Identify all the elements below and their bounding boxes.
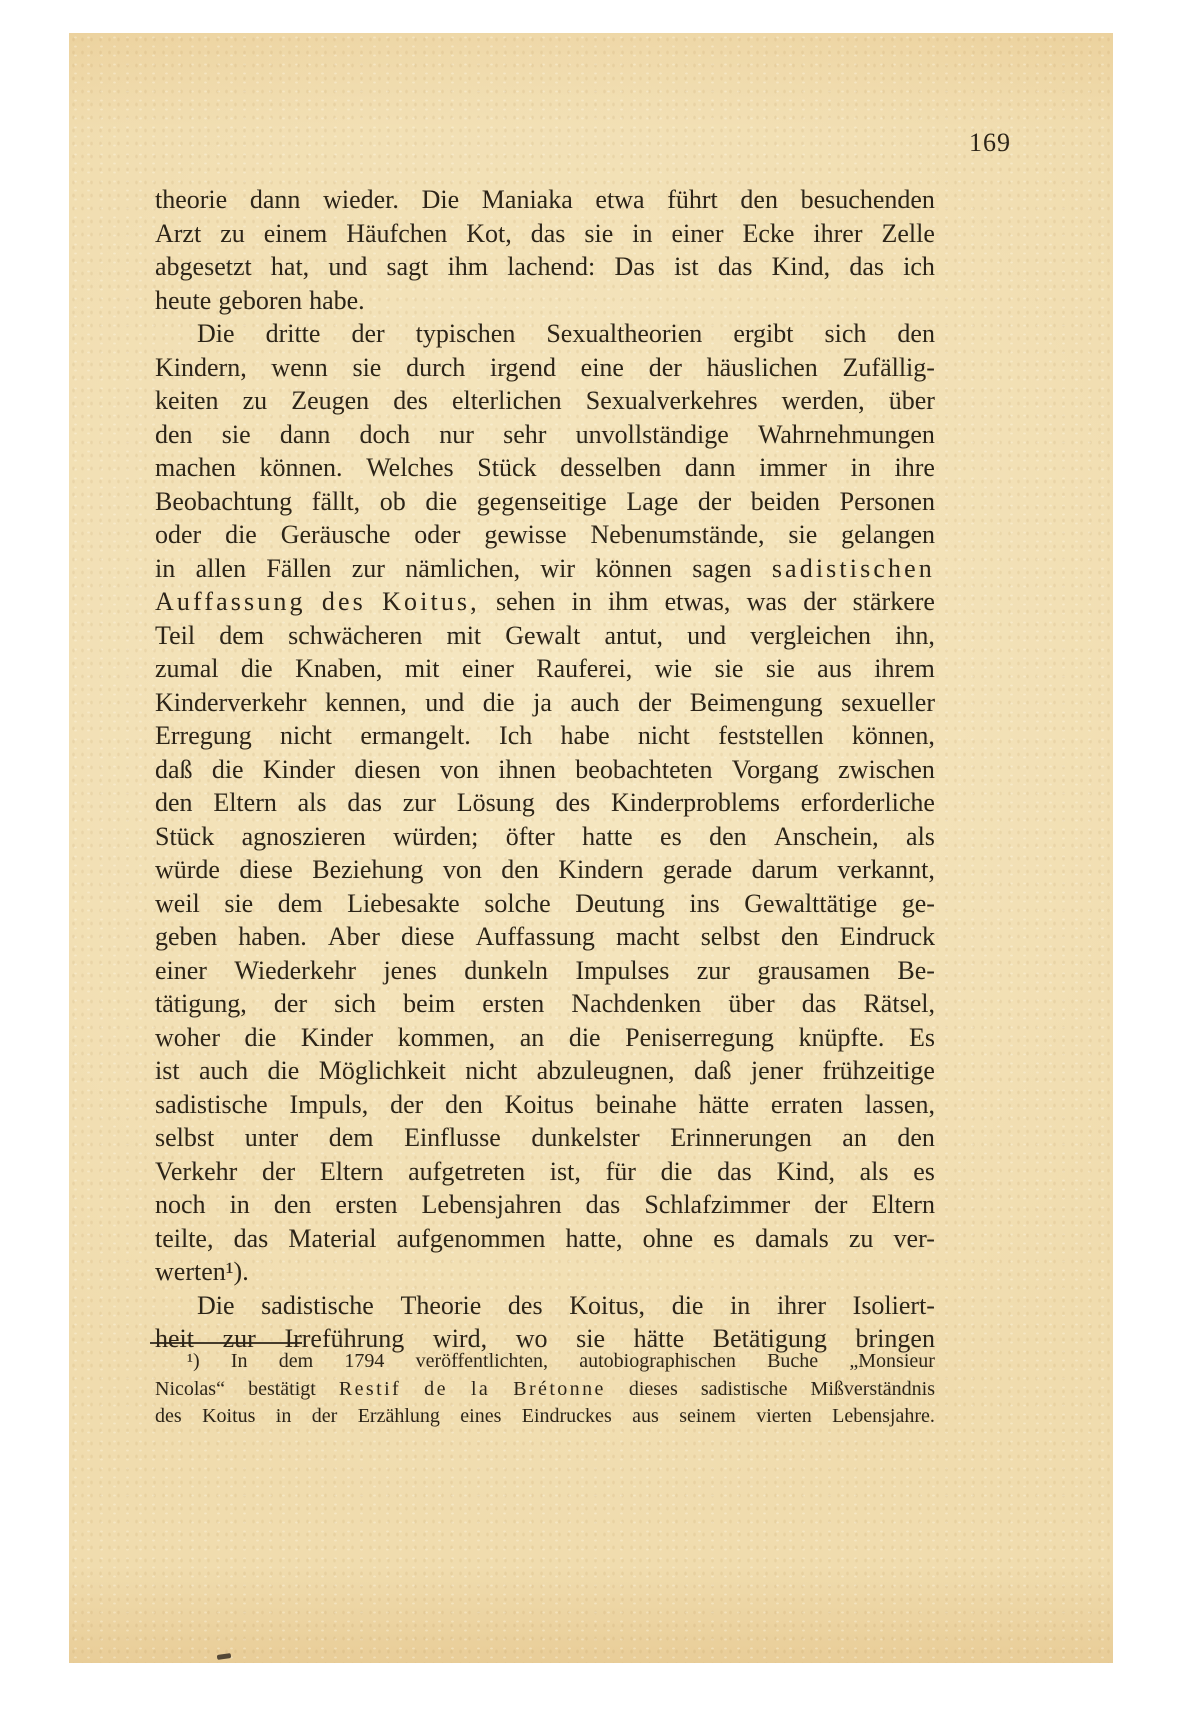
text-line: DiedrittedertypischenSexualtheorienergib… <box>155 317 935 351</box>
text-line: nochindenerstenLebensjahrendasSchlafzimm… <box>155 1188 935 1222</box>
text-line: inallenFällenzurnämlichen,wirkönnensagen… <box>155 552 935 586</box>
text-line: tätigung,dersichbeimerstenNachdenkenüber… <box>155 987 935 1021</box>
text-line: weilsiedemLiebesaktesolcheDeutunginsGewa… <box>155 887 935 921</box>
paragraph: DiesadistischeTheoriedesKoitus,dieinihre… <box>155 1289 935 1356</box>
text-line: oderdieGeräuscheodergewisseNebenumstände… <box>155 518 935 552</box>
text-line: heutegeborenhabe. <box>155 284 935 318</box>
text-line: würdedieseBeziehungvondenKinderngeradeda… <box>155 853 935 887</box>
text-line: TeildemschwächerenmitGewaltantut,undverg… <box>155 619 935 653</box>
text-line: teilte,dasMaterialaufgenommenhatte,ohnee… <box>155 1222 935 1256</box>
book-page: 169 theoriedannwieder.DieManiakaetwaführ… <box>69 33 1113 1663</box>
text-line: selbstunterdemEinflussedunkelsterErinner… <box>155 1121 935 1155</box>
scan-background: { "colors": { "ink": "#2c2418", "paper_c… <box>0 0 1178 1712</box>
bottom-edge-mark <box>217 1653 232 1660</box>
text-line: keitenzuZeugendeselterlichenSexualverkeh… <box>155 384 935 418</box>
text-line: Nicolas“bestätigtRestifdelaBrétonnediese… <box>155 1376 935 1404</box>
text-line: ArztzueinemHäufchenKot,dassieineinerEcke… <box>155 217 935 251</box>
text-line: theoriedannwieder.DieManiakaetwaführtden… <box>155 183 935 217</box>
text-line: woherdieKinderkommen,andiePeniserregungk… <box>155 1021 935 1055</box>
text-block: theoriedannwieder.DieManiakaetwaführtden… <box>155 183 935 1356</box>
footnote: ¹)Indem1794veröffentlichten,autobiograph… <box>155 1348 935 1431</box>
text-line: einerWiederkehrjenesdunkelnImpulseszurgr… <box>155 954 935 988</box>
text-line: VerkehrderElternaufgetretenist,fürdiedas… <box>155 1155 935 1189</box>
text-line: Beobachtungfällt,obdiegegenseitigeLagede… <box>155 485 935 519</box>
text-line: Stückagnoszierenwürden;öfterhatteesdenAn… <box>155 820 935 854</box>
text-line: ¹)Indem1794veröffentlichten,autobiograph… <box>155 1348 935 1376</box>
text-line: Kindern,wennsiedurchirgendeinederhäuslic… <box>155 351 935 385</box>
text-line: abgesetzthat,undsagtihmlachend:Dasistdas… <box>155 250 935 284</box>
text-line: sadistischeImpuls,derdenKoitusbeinahehät… <box>155 1088 935 1122</box>
paragraph: DiedrittedertypischenSexualtheorienergib… <box>155 317 935 1289</box>
text-line: Kinderverkehrkennen,unddiejaauchderBeime… <box>155 686 935 720</box>
footnote-rule <box>150 1342 302 1344</box>
text-line: desKoitusinderErzählungeinesEindruckesau… <box>155 1403 935 1431</box>
text-line: daßdieKinderdiesenvonihnenbeobachtetenVo… <box>155 753 935 787</box>
text-line: densiedanndochnursehrunvollständigeWahrn… <box>155 418 935 452</box>
text-line: werten¹). <box>155 1255 935 1289</box>
text-line: Erregungnichtermangelt.Ichhabenichtfests… <box>155 719 935 753</box>
text-line: gebenhaben.AberdieseAuffassungmachtselbs… <box>155 920 935 954</box>
text-line: zumaldieKnaben,miteinerRauferei,wiesiesi… <box>155 652 935 686</box>
text-line: DiesadistischeTheoriedesKoitus,dieinihre… <box>155 1289 935 1323</box>
page-number: 169 <box>895 128 1011 158</box>
text-line: istauchdieMöglichkeitnichtabzuleugnen,da… <box>155 1054 935 1088</box>
text-line: AuffassungdesKoitus,seheninihmetwas,wasd… <box>155 585 935 619</box>
text-line: machenkönnen.WelchesStückdesselbendannim… <box>155 451 935 485</box>
paragraph: theoriedannwieder.DieManiakaetwaführtden… <box>155 183 935 317</box>
text-line: denElternalsdaszurLösungdesKinderproblem… <box>155 786 935 820</box>
